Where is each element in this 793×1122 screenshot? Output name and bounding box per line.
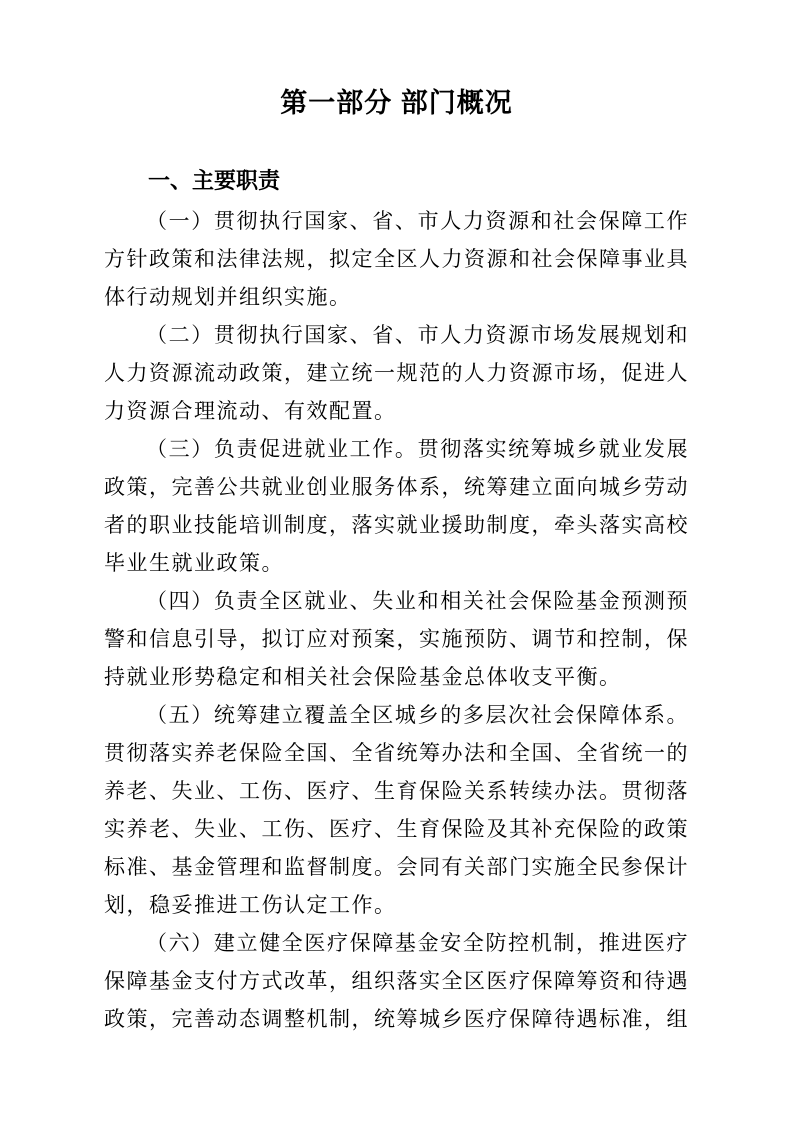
paragraph-2: （二）贯彻执行国家、省、市人力资源市场发展规划和人力资源流动政策，建立统一规范的… [104, 316, 689, 430]
document-page: 第一部分 部门概况 一、主要职责 （一）贯彻执行国家、省、市人力资源和社会保障工… [0, 0, 793, 1122]
paragraph-5: （五）统筹建立覆盖全区城乡的多层次社会保障体系。贯彻落实养老保险全国、全省统筹办… [104, 696, 689, 924]
paragraph-3: （三）负责促进就业工作。贯彻落实统筹城乡就业发展政策，完善公共就业创业服务体系，… [104, 430, 689, 582]
section-heading-main-responsibilities: 一、主要职责 [104, 166, 689, 196]
page-title: 第一部分 部门概况 [104, 86, 689, 120]
paragraph-6: （六）建立健全医疗保障基金安全防控机制，推进医疗保障基金支付方式改革，组织落实全… [104, 924, 689, 1038]
document-body: （一）贯彻执行国家、省、市人力资源和社会保障工作方针政策和法律法规，拟定全区人力… [104, 202, 689, 1038]
paragraph-1: （一）贯彻执行国家、省、市人力资源和社会保障工作方针政策和法律法规，拟定全区人力… [104, 202, 689, 316]
paragraph-4: （四）负责全区就业、失业和相关社会保险基金预测预警和信息引导，拟订应对预案，实施… [104, 582, 689, 696]
